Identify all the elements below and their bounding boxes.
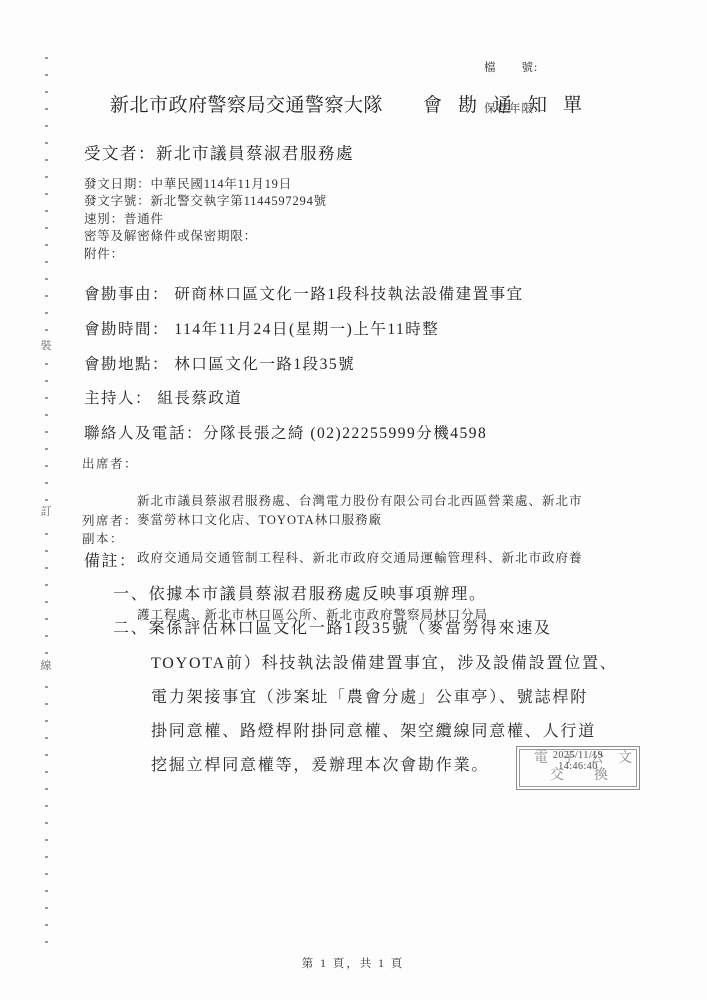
field-time-label: 會勘時間： (84, 321, 169, 338)
copy-label: 副本： (82, 529, 124, 547)
remark-1-number: 一、 (113, 586, 149, 603)
document-page: 裝 訂 線 檔 號: 保存年限: 新北市政府警察局交通警察大隊會勘通知單 受文者… (0, 0, 707, 1000)
issue-date-line: 發文日期：中華民國114年11月19日 (84, 176, 327, 193)
title-agency: 新北市政府警察局交通警察大隊 (110, 95, 383, 116)
field-location-label: 會勘地點： (84, 356, 169, 373)
doc-number-line: 發文字號：新北警交執字第1144597294號 (84, 193, 327, 210)
field-location: 會勘地點： 林口區文化一路1段35號 (84, 352, 355, 374)
remark-2-continuation: 掛同意權、路燈桿附掛同意權、架空纜線同意權、人行道 (113, 715, 593, 749)
remark-2-continuation: TOYOTA前）科技執法設備建置事宜，涉及設備設置位置、 (113, 647, 593, 681)
field-time: 會勘時間： 114年11月24日(星期一)上午11時整 (84, 317, 439, 339)
binding-mark-xian: 線 (38, 660, 54, 673)
document-title: 新北市政府警察局交通警察大隊會勘通知單 (110, 90, 598, 117)
recipient-row: 受文者：新北市議員蔡淑君服務處 (84, 140, 354, 164)
field-contact-value: 分隊長張之綺 (02)22255999分機4598 (203, 425, 487, 442)
attendees-line: 新北市議員蔡淑君服務處、台灣電力股份有限公司台北西區營業處、新北市 (137, 492, 583, 511)
attendees-label: 出席者： (82, 454, 138, 472)
speed-class-line: 速別：普通件 (84, 211, 327, 228)
field-subject: 會勘事由： 研商林口區文化一路1段科技執法設備建置事宜 (84, 282, 524, 304)
stamp-time: 14:46:40 (520, 762, 636, 773)
field-subject-value: 研商林口區文化一路1段科技執法設備建置事宜 (174, 286, 523, 303)
recipient-label: 受文者： (84, 144, 156, 163)
remark-item-2: 二、案係評估林口區文化一路1段35號（麥當勞得來速及 (113, 612, 593, 646)
recipient-value: 新北市議員蔡淑君服務處 (156, 144, 354, 163)
field-host-label: 主持人： (84, 390, 152, 407)
remark-2-number: 二、 (113, 620, 149, 637)
field-contact-label: 聯絡人及電話： (84, 425, 203, 442)
remark-item-1: 一、依據本市議員蔡淑君服務處反映事項辦理。 (113, 578, 593, 612)
stamp-date: 2025/11/19 (520, 751, 636, 762)
binding-mark-ding: 訂 (38, 506, 54, 519)
field-time-value: 114年11月24日(星期一)上午11時整 (174, 321, 439, 338)
field-subject-label: 會勘事由： (84, 286, 169, 303)
observers-label: 列席者： (82, 511, 138, 529)
archive-labels: 檔 號: 保存年限: (484, 35, 538, 143)
meta-block: 發文日期：中華民國114年11月19日 發文字號：新北警交執字第11445972… (84, 176, 327, 263)
title-doc-type: 會勘通知單 (423, 95, 598, 116)
field-contact: 聯絡人及電話：分隊長張之綺 (02)22255999分機4598 (84, 421, 487, 443)
attendees-line: 政府交通局交通管制工程科、新北市政府交通局運輸管理科、新北市政府養 (137, 549, 583, 568)
field-host-value: 組長蔡政道 (157, 390, 242, 407)
remark-2-continuation: 電力架接事宜（涉案址「農會分處」公車亭）、號誌桿附 (113, 681, 593, 715)
edoc-exchange-stamp: 電子公文 交換章 2025/11/19 14:46:40 (516, 746, 640, 790)
field-location-value: 林口區文化一路1段35號 (174, 356, 355, 373)
binding-mark-zhuang: 裝 (38, 340, 54, 353)
file-number-label: 檔 號: (484, 62, 538, 76)
attachment-line: 附件： (84, 246, 327, 263)
binding-dotted-line (45, 57, 48, 950)
remarks-label: 備註： (84, 548, 137, 571)
page-number: 第 1 頁，共 1 頁 (253, 955, 453, 971)
field-host: 主持人： 組長蔡政道 (84, 386, 242, 408)
remark-1-text: 依據本市議員蔡淑君服務處反映事項辦理。 (149, 586, 487, 603)
security-class-line: 密等及解密條件或保密期限： (84, 228, 327, 245)
edoc-exchange-stamp-inner: 電子公文 交換章 2025/11/19 14:46:40 (519, 749, 637, 787)
remark-2-text: 案係評估林口區文化一路1段35號（麥當勞得來速及 (149, 620, 552, 637)
stamp-datetime: 2025/11/19 14:46:40 (520, 751, 636, 772)
observers-value: 麥當勞林口文化店、TOYOTA林口服務廠 (137, 511, 382, 530)
